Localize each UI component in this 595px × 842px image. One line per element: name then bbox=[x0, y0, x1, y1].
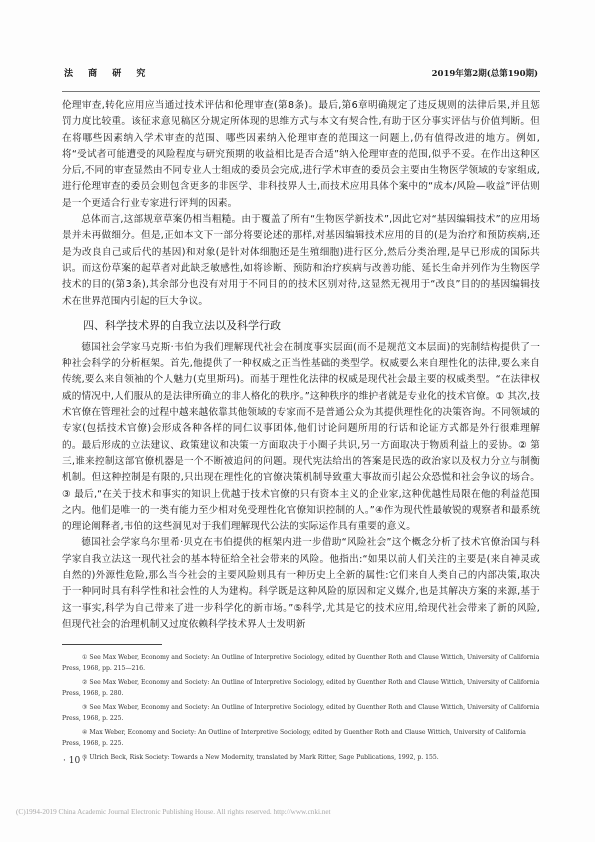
footnote: ④ Max Weber, Economy and Society: An Out… bbox=[62, 727, 540, 749]
paragraph: 德国社会学家乌尔里希·贝克在韦伯提供的框架内进一步借助“风险社会”这个概念分析了… bbox=[62, 535, 540, 633]
footnote-rule bbox=[62, 644, 162, 645]
article-body: 伦理审查,转化应用应当通过技术评估和伦理审查(第8条)。最后,第6章明确规定了违… bbox=[62, 98, 540, 633]
footnote: ⑤ Ulrich Beck, Risk Society: Towards a N… bbox=[62, 752, 540, 763]
paragraph: 总体而言,这部规章草案仍相当粗糙。由于覆盖了所有“生物医学新技术”,因此它对“基… bbox=[62, 212, 540, 310]
section-heading: 四、科学技术界的自我立法以及科学行政 bbox=[62, 318, 540, 334]
journal-title: 法 商 研 究 bbox=[64, 66, 151, 79]
page-number: · 10 · bbox=[63, 756, 86, 766]
footnote: ② See Max Weber, Economy and Society: An… bbox=[62, 677, 540, 699]
issue-info: 2019年第2期(总第190期) bbox=[432, 67, 538, 79]
running-header: 法 商 研 究 2019年第2期(总第190期) bbox=[64, 64, 538, 82]
footnote: ① See Max Weber, Economy and Society: An… bbox=[62, 652, 540, 674]
paragraph: 伦理审查,转化应用应当通过技术评估和伦理审查(第8条)。最后,第6章明确规定了违… bbox=[62, 98, 540, 212]
footnote: ③ See Max Weber, Economy and Society: An… bbox=[62, 702, 540, 724]
copyright-notice: (C)1994-2019 China Academic Journal Elec… bbox=[16, 808, 331, 816]
paragraph: 德国社会学家马克斯·韦伯为我们理解现代社会在制度事实层面(而不是规范文本层面)的… bbox=[62, 340, 540, 536]
footnotes: ① See Max Weber, Economy and Society: An… bbox=[62, 652, 540, 766]
header-rule bbox=[62, 91, 540, 92]
